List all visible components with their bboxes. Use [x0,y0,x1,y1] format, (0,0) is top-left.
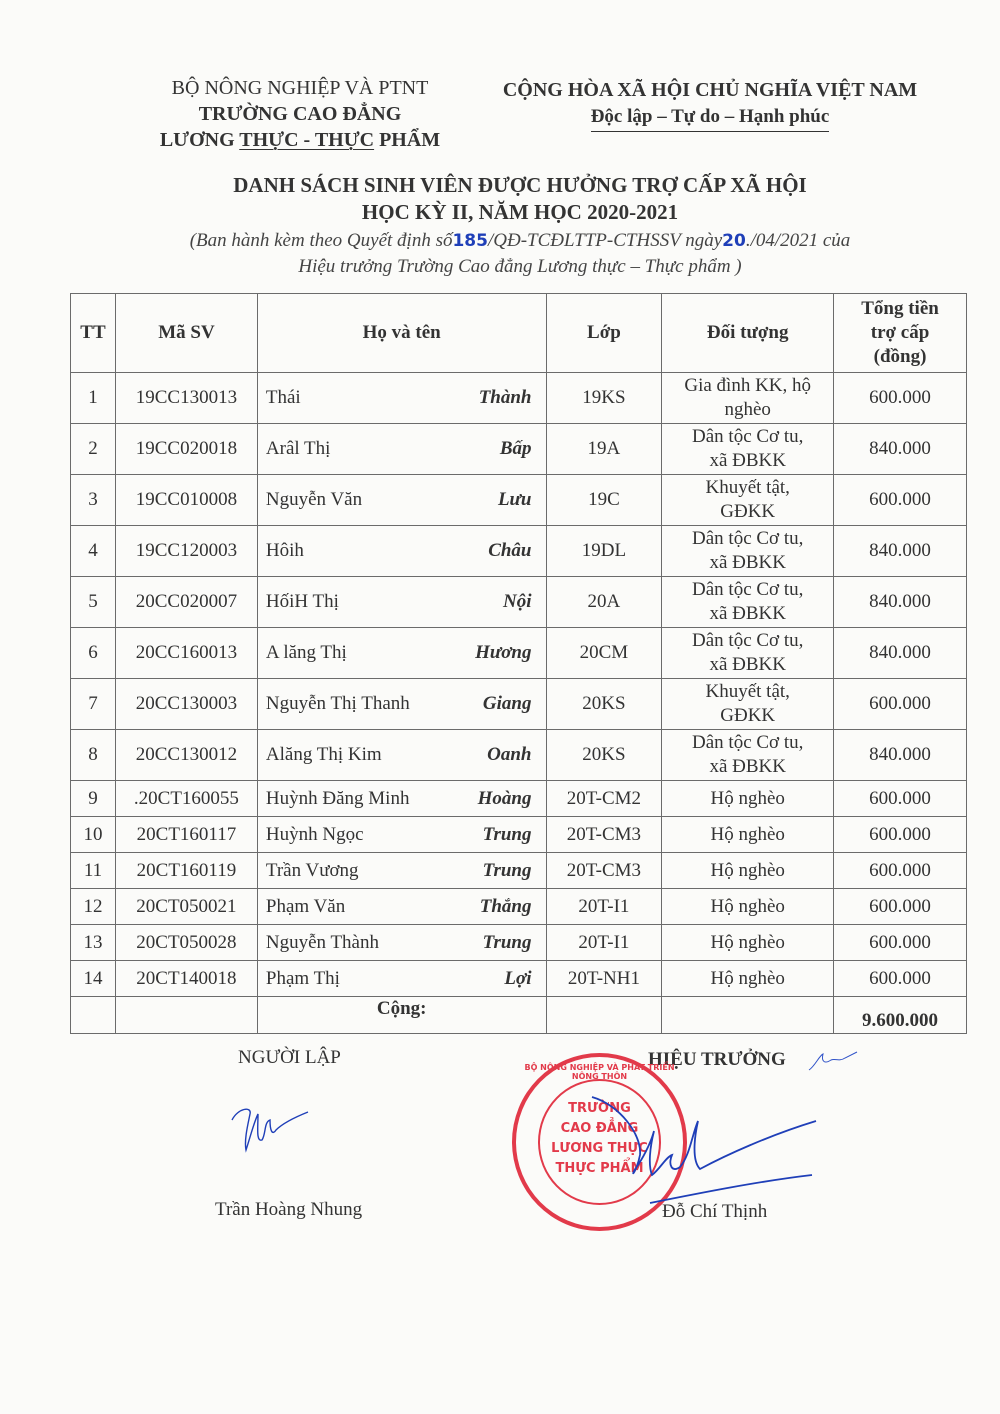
student-name: Arâl ThịBấp [257,424,546,475]
row-number: 10 [71,817,116,853]
beneficiary-category: Dân tộc Cơ tu,xã ĐBKK [662,424,834,475]
student-id: 20CC160013 [115,628,257,679]
student-given-name: Thành [479,386,532,410]
beneficiary-category: Hộ nghèo [662,889,834,925]
row-number: 12 [71,889,116,925]
student-id: .20CT160055 [115,781,257,817]
beneficiary-category: Hộ nghèo [662,961,834,997]
beneficiary-category: Khuyết tật,GĐKK [662,679,834,730]
student-given-name: Trung [483,931,532,955]
document-subtitle: (Ban hành kèm theo Quyết định số185/QĐ-T… [100,228,940,279]
allowance-amount: 600.000 [834,679,967,730]
allowance-amount: 600.000 [834,373,967,424]
student-surname: Huỳnh Ngọc [266,823,364,847]
student-class: 20CM [546,628,662,679]
school-name-line1: TRƯỜNG CAO ĐẲNG [110,101,490,127]
student-name: Huỳnh Đăng MinhHoàng [257,781,546,817]
table-row: 219CC020018Arâl ThịBấp19ADân tộc Cơ tu,x… [71,424,967,475]
beneficiary-category: Dân tộc Cơ tu,xã ĐBKK [662,730,834,781]
initial-signature-icon [805,1048,860,1076]
table-row: 1120CT160119Trần VươngTrung20T-CM3Hộ ngh… [71,853,967,889]
row-number: 11 [71,853,116,889]
row-number: 6 [71,628,116,679]
student-given-name: Châu [488,539,531,563]
allowance-amount: 600.000 [834,961,967,997]
student-class: 20T-CM3 [546,853,662,889]
beneficiary-category: Dân tộc Cơ tu,xã ĐBKK [662,577,834,628]
allowance-amount: 840.000 [834,424,967,475]
student-given-name: Hương [475,641,531,665]
student-name: Trần VươngTrung [257,853,546,889]
table-row: 1220CT050021Phạm VănThắng20T-I1Hộ nghèo6… [71,889,967,925]
student-name: A lăng ThịHương [257,628,546,679]
student-surname: Phạm Văn [266,895,345,919]
table-row: 1420CT140018Phạm ThịLợi20T-NH1Hộ nghèo60… [71,961,967,997]
row-number: 8 [71,730,116,781]
row-number: 7 [71,679,116,730]
col-header-category: Đối tượng [662,294,834,373]
student-name: Nguyễn VănLưu [257,475,546,526]
document-title: DANH SÁCH SINH VIÊN ĐƯỢC HƯỞNG TRỢ CẤP X… [100,172,940,226]
student-class: 20KS [546,679,662,730]
total-label: Cộng: [257,997,546,1034]
student-given-name: Giang [483,692,532,716]
ministry-name: BỘ NÔNG NGHIỆP VÀ PTNT [110,75,490,101]
student-id: 19CC020018 [115,424,257,475]
student-given-name: Lưu [498,488,532,512]
student-surname: Alăng Thị Kim [266,743,382,767]
student-id: 20CT050021 [115,889,257,925]
table-row: 419CC120003HôihChâu19DLDân tộc Cơ tu,xã … [71,526,967,577]
preparer-signature-icon [228,1100,328,1155]
student-id: 19CC130013 [115,373,257,424]
allowance-amount: 600.000 [834,925,967,961]
student-class: 20T-I1 [546,889,662,925]
allowance-amount: 600.000 [834,853,967,889]
country-name: CỘNG HÒA XÃ HỘI CHỦ NGHĨA VIỆT NAM [460,77,960,103]
issuing-agency: BỘ NÔNG NGHIỆP VÀ PTNT TRƯỜNG CAO ĐẲNG L… [110,75,490,153]
student-surname: Hôih [266,539,304,563]
table-row: 319CC010008Nguyễn VănLưu19CKhuyết tật,GĐ… [71,475,967,526]
allowance-amount: 600.000 [834,475,967,526]
table-header-row: TT Mã SV Họ và tên Lớp Đối tượng Tổng ti… [71,294,967,373]
national-heading: CỘNG HÒA XÃ HỘI CHỦ NGHĨA VIỆT NAM Độc l… [460,77,960,132]
student-surname: Arâl Thị [266,437,331,461]
beneficiary-category: Hộ nghèo [662,853,834,889]
table-body: 119CC130013TháiThành19KSGia đình KK, hộn… [71,373,967,997]
student-name: Phạm ThịLợi [257,961,546,997]
student-allowance-table: TT Mã SV Họ và tên Lớp Đối tượng Tổng ti… [70,293,967,1034]
col-header-class: Lớp [546,294,662,373]
beneficiary-category: Dân tộc Cơ tu,xã ĐBKK [662,628,834,679]
student-given-name: Nội [503,590,532,614]
table-row: 620CC160013A lăng ThịHương20CMDân tộc Cơ… [71,628,967,679]
row-number: 2 [71,424,116,475]
student-class: 20T-CM2 [546,781,662,817]
principal-signature-icon [580,1095,830,1205]
beneficiary-category: Khuyết tật,GĐKK [662,475,834,526]
handwritten-day: 20 [722,231,746,251]
allowance-amount: 840.000 [834,577,967,628]
student-surname: HốiH Thị [266,590,339,614]
row-number: 9 [71,781,116,817]
row-number: 13 [71,925,116,961]
student-given-name: Bấp [500,437,532,461]
student-class: 19A [546,424,662,475]
student-given-name: Lợi [504,967,531,991]
table-row: 520CC020007HốiH ThịNội20ADân tộc Cơ tu,x… [71,577,967,628]
student-class: 19C [546,475,662,526]
col-header-student-id: Mã SV [115,294,257,373]
student-class: 20T-CM3 [546,817,662,853]
table-row: 119CC130013TháiThành19KSGia đình KK, hộn… [71,373,967,424]
allowance-amount: 600.000 [834,817,967,853]
row-number: 4 [71,526,116,577]
allowance-amount: 840.000 [834,730,967,781]
preparer-title: NGƯỜI LẬP [238,1047,341,1069]
student-class: 20KS [546,730,662,781]
row-number: 1 [71,373,116,424]
total-amount: 9.600.000 [834,997,967,1034]
beneficiary-category: Gia đình KK, hộnghèo [662,373,834,424]
student-class: 20T-I1 [546,925,662,961]
student-name: HôihChâu [257,526,546,577]
student-surname: Phạm Thị [266,967,340,991]
student-surname: Nguyễn Thị Thanh [266,692,410,716]
beneficiary-category: Dân tộc Cơ tu,xã ĐBKK [662,526,834,577]
student-name: TháiThành [257,373,546,424]
principal-name: Đỗ Chí Thịnh [662,1201,767,1223]
col-header-full-name: Họ và tên [257,294,546,373]
row-number: 5 [71,577,116,628]
student-name: Nguyễn Thị ThanhGiang [257,679,546,730]
student-given-name: Trung [483,823,532,847]
row-number: 3 [71,475,116,526]
col-header-tt: TT [71,294,116,373]
row-number: 14 [71,961,116,997]
student-name: Huỳnh NgọcTrung [257,817,546,853]
student-class: 20T-NH1 [546,961,662,997]
table-row: 9.20CT160055Huỳnh Đăng MinhHoàng20T-CM2H… [71,781,967,817]
student-id: 19CC010008 [115,475,257,526]
student-name: Phạm VănThắng [257,889,546,925]
student-given-name: Trung [483,859,532,883]
table-row: 820CC130012Alăng Thị KimOanh20KSDân tộc … [71,730,967,781]
student-id: 20CC130003 [115,679,257,730]
student-id: 20CT050028 [115,925,257,961]
student-id: 20CT160117 [115,817,257,853]
allowance-amount: 600.000 [834,889,967,925]
student-given-name: Hoàng [478,787,532,811]
beneficiary-category: Hộ nghèo [662,817,834,853]
student-class: 19KS [546,373,662,424]
table-row: 1320CT050028Nguyễn ThànhTrung20T-I1Hộ ng… [71,925,967,961]
national-motto: Độc lập – Tự do – Hạnh phúc [591,104,830,132]
table-row: 1020CT160117Huỳnh NgọcTrung20T-CM3Hộ ngh… [71,817,967,853]
student-given-name: Oanh [487,743,531,767]
student-surname: Nguyễn Thành [266,931,379,955]
student-surname: A lăng Thị [266,641,347,665]
student-surname: Huỳnh Đăng Minh [266,787,410,811]
student-surname: Trần Vương [266,859,359,883]
allowance-amount: 840.000 [834,526,967,577]
handwritten-decision-number: 185 [452,231,488,251]
student-name: Nguyễn ThànhTrung [257,925,546,961]
col-header-amount: Tổng tiền trợ cấp (đồng) [834,294,967,373]
allowance-amount: 600.000 [834,781,967,817]
student-surname: Nguyễn Văn [266,488,362,512]
beneficiary-category: Hộ nghèo [662,781,834,817]
student-id: 20CT140018 [115,961,257,997]
student-id: 20CC020007 [115,577,257,628]
student-given-name: Thắng [480,895,532,919]
preparer-name: Trần Hoàng Nhung [215,1199,362,1221]
student-name: Alăng Thị KimOanh [257,730,546,781]
total-row: Cộng: 9.600.000 [71,997,967,1034]
school-name-line2: LƯƠNG THỰC - THỰC PHẨM [110,127,490,153]
student-name: HốiH ThịNội [257,577,546,628]
student-id: 19CC120003 [115,526,257,577]
table-row: 720CC130003Nguyễn Thị ThanhGiang20KSKhuy… [71,679,967,730]
student-class: 19DL [546,526,662,577]
student-id: 20CC130012 [115,730,257,781]
beneficiary-category: Hộ nghèo [662,925,834,961]
student-surname: Thái [266,386,301,410]
student-id: 20CT160119 [115,853,257,889]
student-class: 20A [546,577,662,628]
allowance-amount: 840.000 [834,628,967,679]
